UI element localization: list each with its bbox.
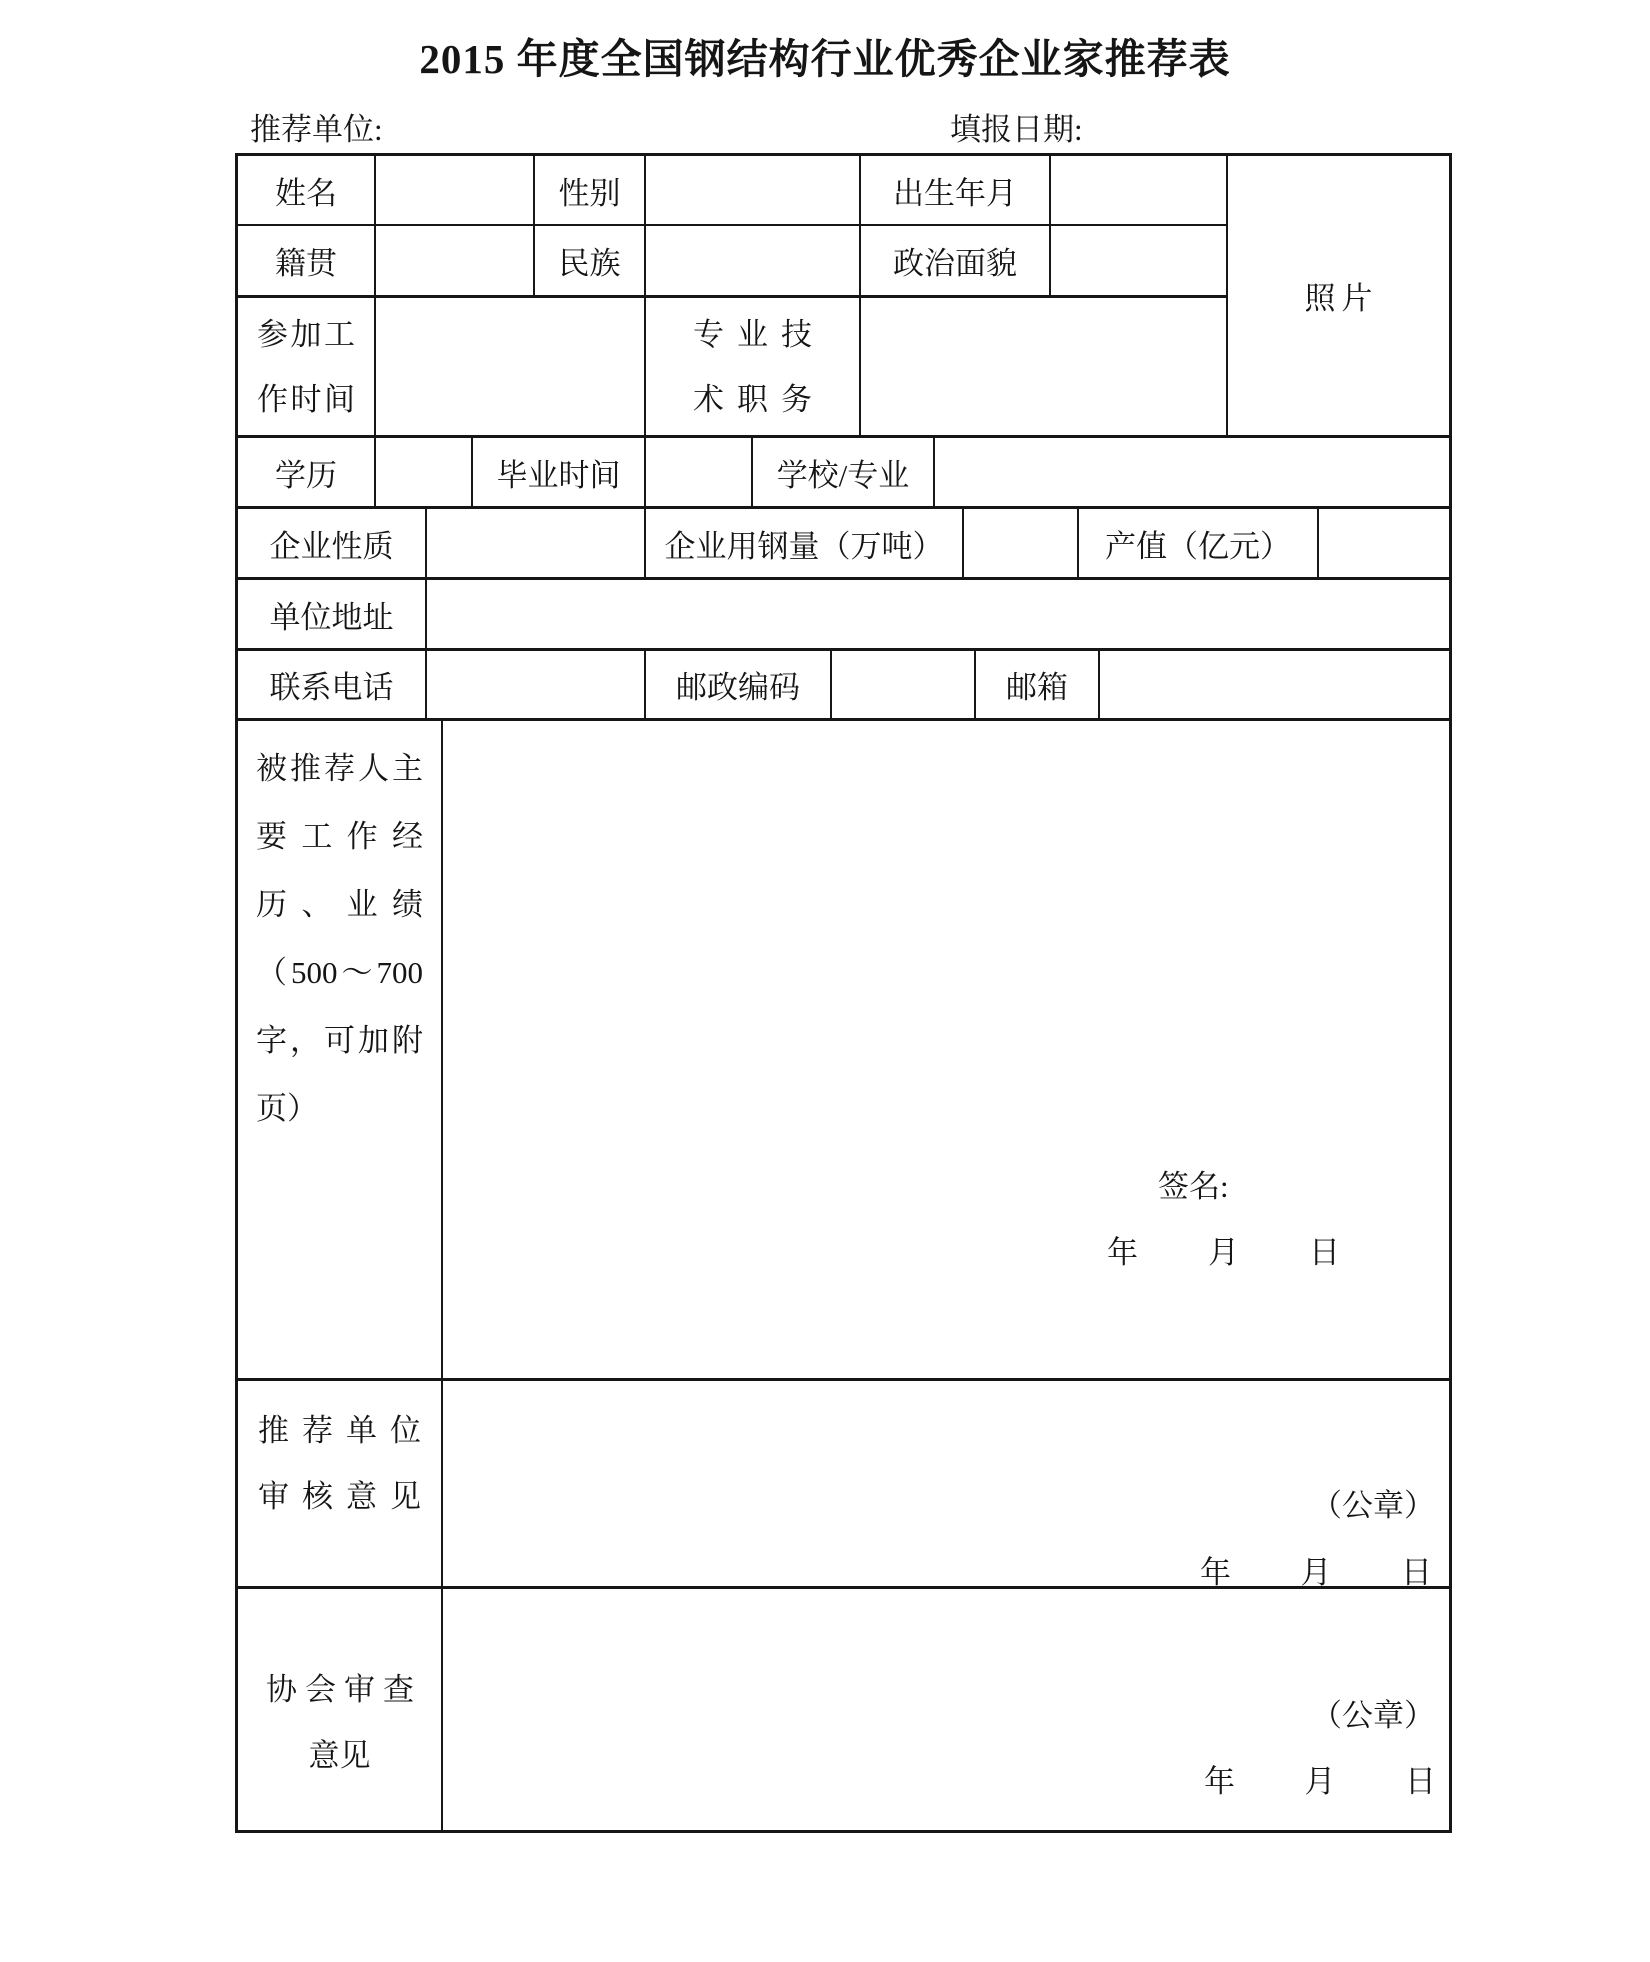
signature-label: 签名: xyxy=(1158,1161,1229,1206)
association-review-label-line1: 协会审查 xyxy=(258,1657,421,1723)
steel-usage-input-cell[interactable] xyxy=(964,509,1079,577)
table-row: 联系电话 邮政编码 邮箱 xyxy=(238,651,1449,721)
photo-label: 照片 xyxy=(1305,273,1379,318)
table-row: 推荐单位 审核意见 （公章） 年 月 日 xyxy=(238,1381,1449,1589)
day-label: 日 xyxy=(1405,1756,1436,1801)
birth-date-input-cell[interactable] xyxy=(1051,156,1228,226)
experience-label: 被推荐人主 要工作经 历、业绩 （500～700 字，可加附 页） xyxy=(238,721,443,1378)
graduation-time-label: 毕业时间 xyxy=(473,438,646,506)
year-label: 年 xyxy=(1200,1547,1231,1592)
day-label: 日 xyxy=(1309,1227,1340,1272)
experience-label-line4: （500～700 xyxy=(256,939,423,1007)
enterprise-type-label: 企业性质 xyxy=(238,509,427,577)
photo-placeholder[interactable]: 照片 xyxy=(1228,156,1449,435)
gender-label: 性别 xyxy=(535,156,646,226)
native-place-input-cell[interactable] xyxy=(376,226,535,298)
output-value-label: 产值（亿元） xyxy=(1079,509,1319,577)
political-status-input-cell[interactable] xyxy=(1051,226,1228,298)
month-label: 月 xyxy=(1305,1756,1336,1801)
work-start-label-line1: 参加工 xyxy=(257,302,355,367)
tech-title-label: 专业技 术职务 xyxy=(646,298,861,435)
experience-label-line2: 要工作经 xyxy=(256,803,423,871)
native-place-label: 籍贯 xyxy=(238,226,376,298)
tech-title-label-line2: 术职务 xyxy=(646,367,859,432)
ethnicity-input-cell[interactable] xyxy=(646,226,861,298)
month-label: 月 xyxy=(1301,1547,1332,1592)
political-status-label: 政治面貌 xyxy=(861,226,1051,298)
official-seal-label: （公章） xyxy=(1311,1690,1435,1735)
work-start-time-label: 参加工 作时间 xyxy=(238,298,376,435)
address-input-cell[interactable] xyxy=(427,580,1449,648)
recommender-review-label-line2: 审核意见 xyxy=(258,1464,421,1530)
name-input-cell[interactable] xyxy=(376,156,535,226)
table-row: 协会审查 意见 （公章） 年 月 日 xyxy=(238,1589,1449,1830)
review-date-line: 年 月 日 xyxy=(1204,1756,1436,1801)
education-label: 学历 xyxy=(238,438,376,506)
work-start-label-line2: 作时间 xyxy=(257,367,355,432)
official-seal-label: （公章） xyxy=(1311,1480,1435,1525)
phone-input-cell[interactable] xyxy=(427,651,646,718)
enterprise-type-input-cell[interactable] xyxy=(427,509,646,577)
recommender-review-label: 推荐单位 审核意见 xyxy=(238,1381,443,1586)
association-review-label: 协会审查 意见 xyxy=(238,1589,443,1830)
page-title: 2015 年度全国钢结构行业优秀企业家推荐表 xyxy=(0,26,1650,85)
table-row: 被推荐人主 要工作经 历、业绩 （500～700 字，可加附 页） 签名: 年 … xyxy=(238,721,1449,1381)
email-label: 邮箱 xyxy=(976,651,1100,718)
table-row: 企业性质 企业用钢量（万吨） 产值（亿元） xyxy=(238,509,1449,580)
postcode-label: 邮政编码 xyxy=(646,651,832,718)
education-input-cell[interactable] xyxy=(376,438,473,506)
table-row: 单位地址 xyxy=(238,580,1449,651)
recommender-review-label-line1: 推荐单位 xyxy=(258,1398,421,1464)
association-review-label-line2: 意见 xyxy=(258,1723,421,1789)
experience-label-line5: 字，可加附 xyxy=(256,1007,423,1075)
year-label: 年 xyxy=(1204,1756,1235,1801)
email-input-cell[interactable] xyxy=(1100,651,1449,718)
signature-date-line: 年 月 日 xyxy=(1107,1227,1340,1272)
tech-title-input-cell[interactable] xyxy=(861,298,1228,435)
recommendation-form-table: 姓名 性别 出生年月 籍贯 民族 政治面貌 参加工 作时间 xyxy=(235,153,1452,1833)
fill-date-label: 填报日期: xyxy=(950,104,1083,149)
work-start-time-input-cell[interactable] xyxy=(376,298,646,435)
year-label: 年 xyxy=(1107,1227,1138,1272)
phone-label: 联系电话 xyxy=(238,651,427,718)
association-review-input-area[interactable]: （公章） 年 月 日 xyxy=(443,1589,1449,1830)
tech-title-label-line1: 专业技 xyxy=(646,302,859,367)
review-date-line: 年 月 日 xyxy=(1200,1547,1432,1592)
school-major-input-cell[interactable] xyxy=(935,438,1449,506)
school-major-label: 学校/专业 xyxy=(753,438,935,506)
experience-input-area[interactable]: 签名: 年 月 日 xyxy=(443,721,1449,1378)
recommender-review-input-area[interactable]: （公章） 年 月 日 xyxy=(443,1381,1449,1586)
table-row: 学历 毕业时间 学校/专业 xyxy=(238,438,1449,509)
name-label: 姓名 xyxy=(238,156,376,226)
postcode-input-cell[interactable] xyxy=(832,651,976,718)
day-label: 日 xyxy=(1401,1547,1432,1592)
graduation-time-input-cell[interactable] xyxy=(646,438,753,506)
address-label: 单位地址 xyxy=(238,580,427,648)
birth-date-label: 出生年月 xyxy=(861,156,1051,226)
output-value-input-cell[interactable] xyxy=(1319,509,1449,577)
form-document-page: 2015 年度全国钢结构行业优秀企业家推荐表 推荐单位: 填报日期: 姓名 性别… xyxy=(0,0,1650,1962)
steel-usage-label: 企业用钢量（万吨） xyxy=(646,509,964,577)
ethnicity-label: 民族 xyxy=(535,226,646,298)
experience-label-line6: 页） xyxy=(256,1075,423,1143)
recommending-unit-label: 推荐单位: xyxy=(250,104,383,149)
gender-input-cell[interactable] xyxy=(646,156,861,226)
month-label: 月 xyxy=(1208,1227,1239,1272)
experience-label-line1: 被推荐人主 xyxy=(256,735,423,803)
experience-label-line3: 历、业绩 xyxy=(256,871,423,939)
